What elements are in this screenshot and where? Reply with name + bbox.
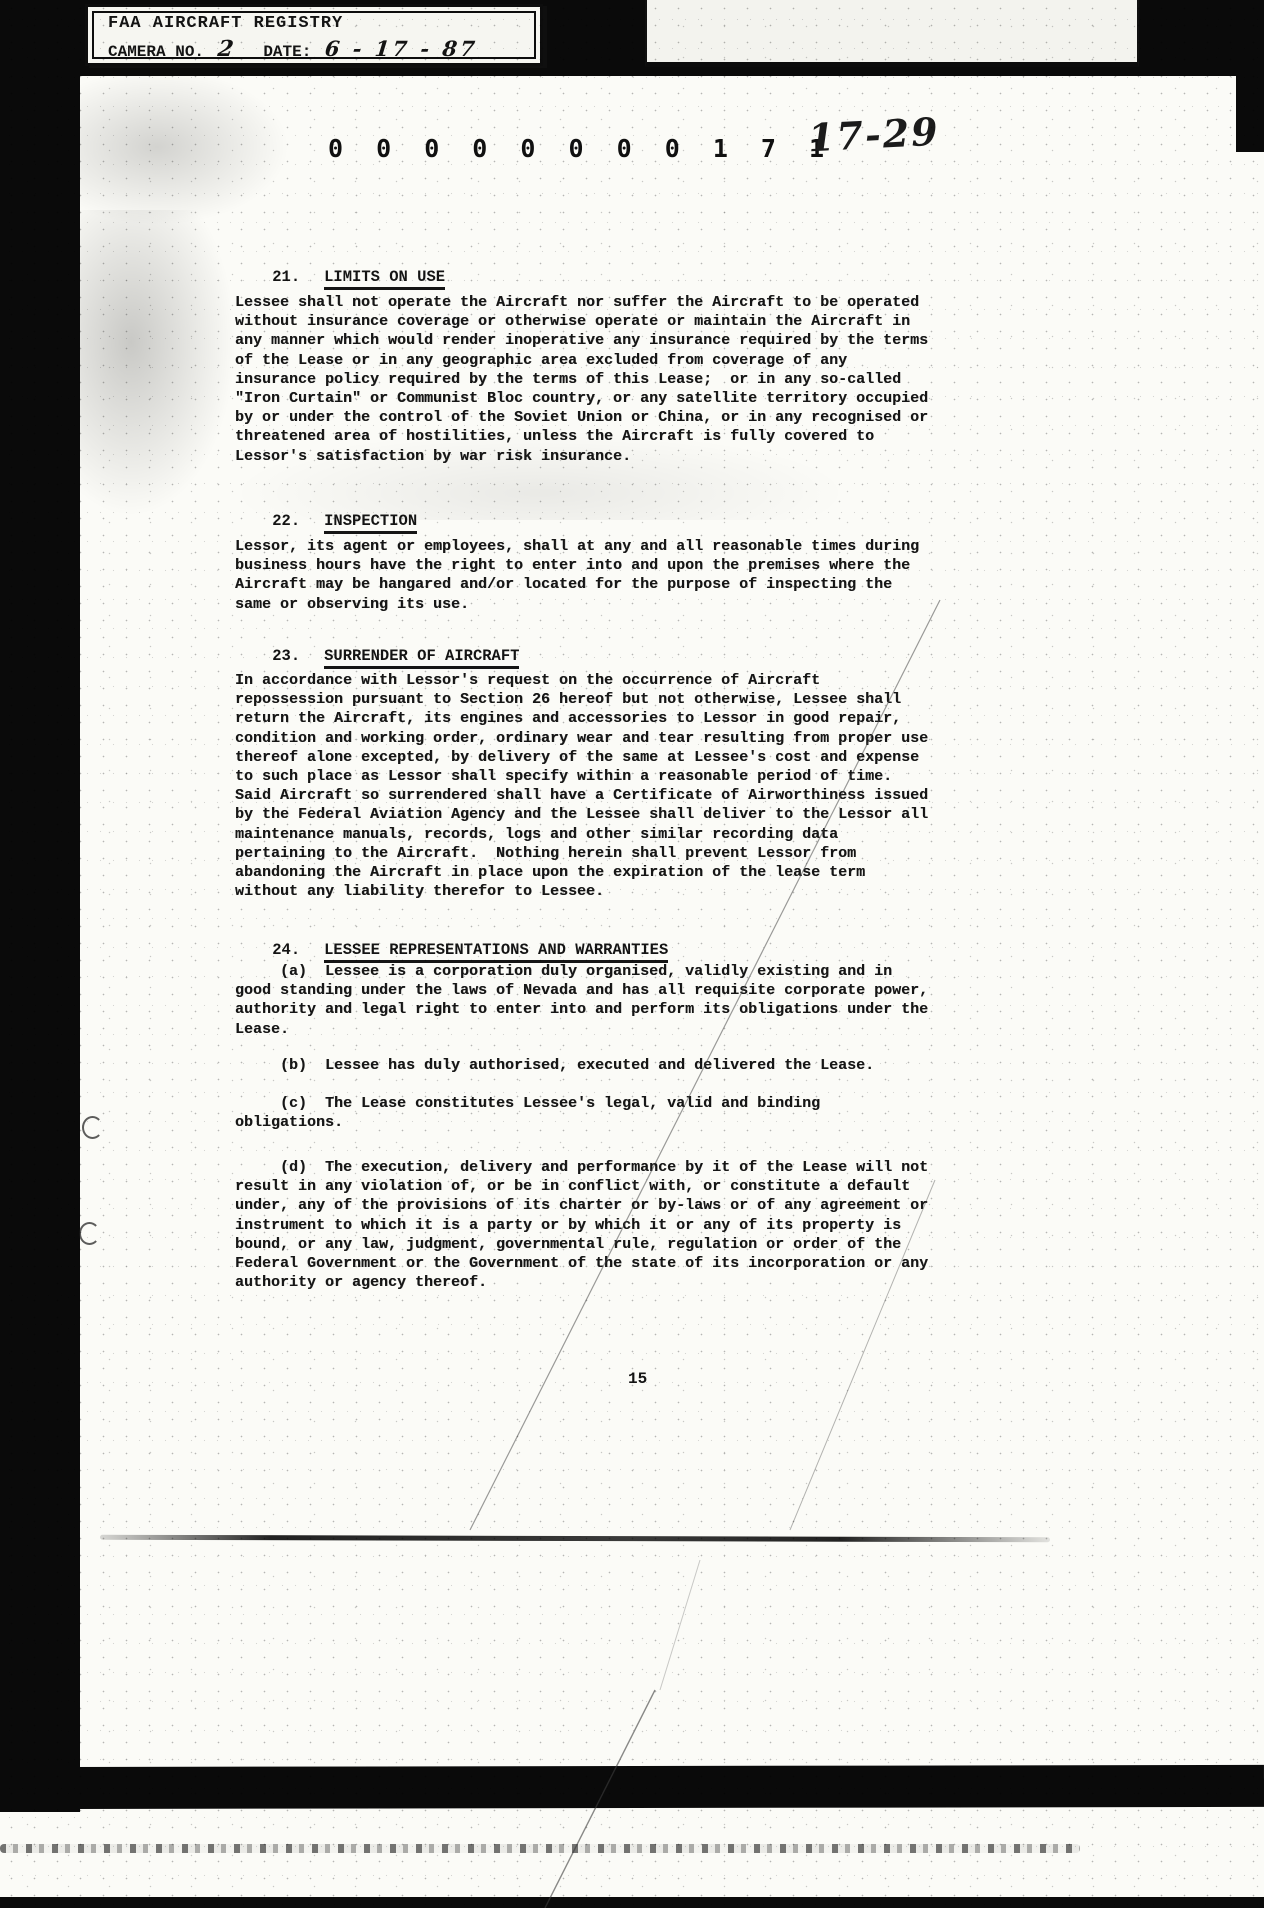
right-black-corner bbox=[1236, 0, 1264, 152]
bottom-speckle-line bbox=[0, 1844, 1080, 1853]
section-24-number: 24. bbox=[272, 941, 300, 959]
stamp-camera-date-line: CAMERA NO. 2 DATE: 6 - 17 - 87 bbox=[108, 36, 478, 62]
section-24-paragraph-c: (c) The Lease constitutes Lessee's legal… bbox=[235, 1094, 820, 1132]
section-23-title: SURRENDER OF AIRCRAFT bbox=[324, 647, 519, 669]
section-24-title: LESSEE REPRESENTATIONS AND WARRANTIES bbox=[324, 941, 668, 963]
camera-no-label: CAMERA NO. bbox=[108, 43, 204, 61]
section-21-body: Lessee shall not operate the Aircraft no… bbox=[235, 293, 928, 466]
pen-ring-artifact bbox=[82, 1116, 103, 1139]
left-black-margin bbox=[0, 0, 80, 1812]
scanned-document-page: FAA AIRCRAFT REGISTRY CAMERA NO. 2 DATE:… bbox=[0, 0, 1264, 1908]
speckle-blob bbox=[80, 210, 250, 540]
camera-no-value: 2 bbox=[216, 36, 235, 62]
date-label: DATE: bbox=[263, 43, 311, 61]
serial-number: 0 0 0 0 0 0 0 0 1 7 1 bbox=[328, 134, 833, 163]
stamp-title: FAA AIRCRAFT REGISTRY bbox=[108, 14, 343, 33]
bottom-black-band bbox=[18, 1765, 1264, 1809]
section-22-title: INSPECTION bbox=[324, 512, 417, 534]
section-23-body: In accordance with Lessor's request on t… bbox=[235, 671, 928, 901]
section-21-number: 21. bbox=[272, 268, 300, 286]
date-value: 6 - 17 - 87 bbox=[324, 36, 479, 61]
pen-ring-artifact bbox=[79, 1222, 100, 1245]
section-24-paragraph-b: (b) Lessee has duly authorised, executed… bbox=[235, 1056, 874, 1075]
faa-registry-stamp: FAA AIRCRAFT REGISTRY CAMERA NO. 2 DATE:… bbox=[85, 4, 543, 66]
page-number: 15 bbox=[628, 1370, 647, 1388]
section-23-number: 23. bbox=[272, 647, 300, 665]
speckle-blob bbox=[80, 62, 300, 232]
blank-stamp-box bbox=[645, 0, 1139, 67]
section-22-body: Lessor, its agent or employees, shall at… bbox=[235, 537, 919, 614]
handwritten-note: 17-29 bbox=[807, 109, 941, 161]
section-21-title: LIMITS ON USE bbox=[324, 268, 445, 290]
smudge-line bbox=[100, 1535, 1050, 1542]
bottom-edge-line bbox=[0, 1897, 1264, 1908]
section-24-paragraph-d: (d) The execution, delivery and performa… bbox=[235, 1158, 928, 1292]
section-22-number: 22. bbox=[272, 512, 300, 530]
section-24-paragraph-a: (a) Lessee is a corporation duly organis… bbox=[235, 962, 928, 1039]
